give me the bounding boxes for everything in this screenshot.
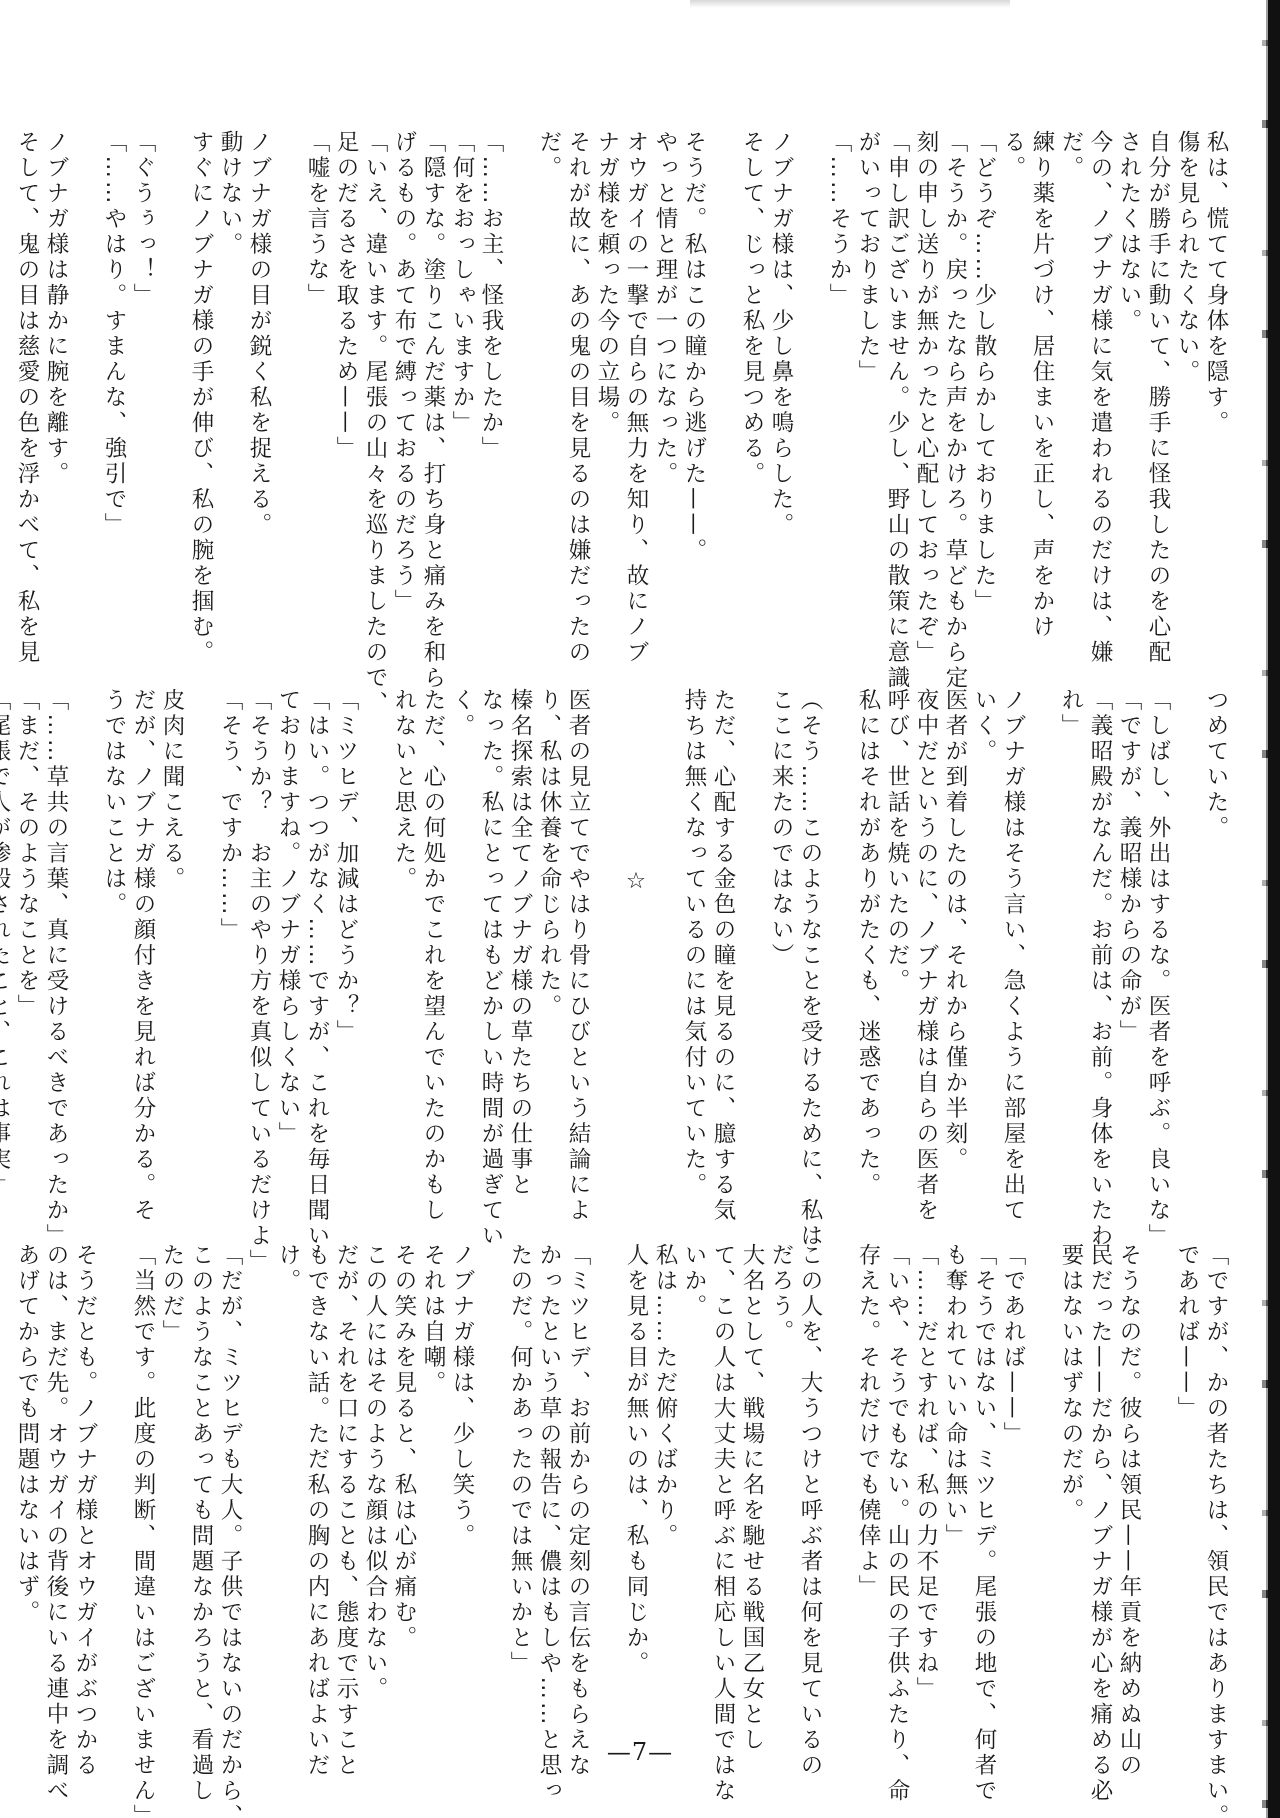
text-line: 「ミツヒデ、加減はどうか？」: [331, 688, 360, 1228]
text-line: がいっておりました」: [853, 130, 882, 670]
text-line: 足のだるさを取るため——」: [331, 130, 360, 670]
text-line: 「……そうか」: [824, 130, 853, 670]
text-line: 「……だとすれば、私の力不足ですね」: [911, 1243, 940, 1713]
paragraph-gap: [476, 1243, 505, 1713]
text-line: 「尾張で人が惨殺されたこと、これは事実」: [0, 688, 12, 1228]
text-line: 「いえ、違います。尾張の山々を巡りましたので、: [360, 130, 389, 670]
text-line: だろう。: [766, 1243, 795, 1713]
text-line: 「嘘を言うな」: [302, 130, 331, 670]
paragraph-gap: [244, 1243, 273, 1713]
paragraph-gap: [186, 688, 215, 1228]
text-line: 「そうか。戻ったなら声をかけろ。草どもから定: [940, 130, 969, 670]
text-band-bottom: 「ですが、かの者たちは、領民ではありますまい。であれば——」そうなのだ。彼らは領…: [70, 1243, 1230, 1713]
text-line: 「ミツヒデ、お前からの定刻の言伝をもらえな: [563, 1243, 592, 1713]
text-line: 医者が到着したのは、それから僅か半刻。: [940, 688, 969, 1228]
text-line: 民だった——だから、ノブナガ様が心を痛める必: [1085, 1243, 1114, 1713]
text-line: ナガ様を頼った今の立場。: [592, 130, 621, 670]
text-line: だ。: [534, 130, 563, 670]
text-line: く。: [447, 688, 476, 1228]
text-line: もできない話。ただ私の胸の内にあればよいだ: [302, 1243, 331, 1713]
text-line: れ」: [1056, 688, 1085, 1228]
text-line: 「……草共の言葉、真に受けるべきであったか」: [41, 688, 70, 1228]
text-line: （そう……このようなことを受けるために、私は: [795, 688, 824, 1228]
text-line: 「何をおっしゃいますか」: [447, 130, 476, 670]
paragraph-gap: [70, 130, 99, 670]
paragraph-gap: [708, 130, 737, 670]
paragraph-gap: [737, 688, 766, 1228]
paragraph-gap: [157, 130, 186, 670]
text-line: 「そう、ですか……」: [215, 688, 244, 1228]
text-line: そして、鬼の目は慈愛の色を浮かべて、私を見: [12, 130, 41, 670]
text-line: 「……お主、怪我をしたか」: [476, 130, 505, 670]
text-line: ノブナガ様はそう言い、急くように部屋を出て: [998, 688, 1027, 1228]
paragraph-gap: [70, 688, 99, 1228]
text-line: 私は、慌てて身体を隠す。: [1201, 130, 1230, 670]
text-line: り、私は休養を命じられた。: [534, 688, 563, 1228]
paragraph-gap: [505, 130, 534, 670]
paragraph-gap: [592, 1243, 621, 1713]
text-line: 「そうではない、ミツヒデ。尾張の地で、何者で: [969, 1243, 998, 1713]
text-line: 「ぐうぅっ！」: [128, 130, 157, 670]
paragraph-gap: [273, 130, 302, 670]
text-line: 自分が勝手に動いて、勝手に怪我したのを心配: [1143, 130, 1172, 670]
text-line: すぐにノブナガ様の手が伸び、私の腕を掴む。: [186, 130, 215, 670]
text-line: 「義昭殿がなんだ。お前は、お前。身体をいたわ: [1085, 688, 1114, 1228]
text-line: げるもの。あて布で縛っておるのだろう」: [389, 130, 418, 670]
text-line: 医者の見立てでやはり骨にひびという結論によ: [563, 688, 592, 1228]
text-line: 「申し訳ございません。少し、野山の散策に意識: [882, 130, 911, 670]
text-line: 刻の申し送りが無かったと心配しておったぞ」: [911, 130, 940, 670]
text-line: 「どうぞ……少し散らかしておりました」: [969, 130, 998, 670]
paragraph-gap: [592, 688, 621, 1228]
paragraph-gap: [824, 1243, 853, 1713]
text-line: ただ、心配する金色の瞳を見るのに、臆する気: [708, 688, 737, 1228]
text-line: 呼び、世話を焼いたのだ。: [882, 688, 911, 1228]
text-line: 動けない。: [215, 130, 244, 670]
text-line: 「……やはり。すまんな、強引で」: [99, 130, 128, 670]
text-line: る。: [998, 130, 1027, 670]
text-line: のは、まだ先。オウガイの背後にいる連中を調べ: [41, 1243, 70, 1713]
page-number: —7—: [0, 1738, 1280, 1766]
text-band-top: 私は、慌てて身体を隠す。傷を見られたくない。自分が勝手に動いて、勝手に怪我したの…: [70, 130, 1230, 670]
text-line: 「ですが、義昭様からの命が」: [1114, 688, 1143, 1228]
text-line: あげてからでも問題はないはず。: [12, 1243, 41, 1713]
text-line: 「まだ、そのようなことを」: [12, 688, 41, 1228]
text-line: 存えた。それだけでも僥倖よ」: [853, 1243, 882, 1713]
text-line: だ。: [1056, 130, 1085, 670]
text-line: やっと情と理が一つになった。: [650, 130, 679, 670]
text-line: であれば——」: [1172, 1243, 1201, 1713]
text-line: この人にはそのような顔は似合わない。: [360, 1243, 389, 1713]
text-line: 夜中だというのに、ノブナガ様は自らの医者を: [911, 688, 940, 1228]
text-band-middle: つめていた。「しばし、外出はするな。医者を呼ぶ。良いな」「ですが、義昭様からの命…: [70, 688, 1230, 1228]
text-line: 「ですが、かの者たちは、領民ではありますまい。: [1201, 1243, 1230, 1713]
text-line: 傷を見られたくない。: [1172, 130, 1201, 670]
text-line: 私にはそれがありがたくも、迷惑であった。: [853, 688, 882, 1228]
text-line: オウガイの一撃で自らの無力を知り、故にノブ: [621, 130, 650, 670]
text-line: 「だが、ミツヒデも大人。子供ではないのだから、: [215, 1243, 244, 1713]
text-line: その笑みを見ると、私は心が痛む。: [389, 1243, 418, 1713]
text-line: ノブナガ様は静かに腕を離す。: [41, 130, 70, 670]
text-line: だが、それを口にすることも、態度で示すこと: [331, 1243, 360, 1713]
text-line: 「隠すな。塗りこんだ薬は、打ち身と痛みを和ら: [418, 130, 447, 670]
text-line: そうだとも。ノブナガ様とオウガイがぶつかる: [70, 1243, 99, 1713]
text-line: も奪われていい命は無い」: [940, 1243, 969, 1713]
text-line: 榛名探索は全てノブナガ様の草たちの仕事と: [505, 688, 534, 1228]
paragraph-gap: [1172, 688, 1201, 1228]
text-line: 人を見る目が無いのは、私も同じか。: [621, 1243, 650, 1713]
page-binding-edge: [1266, 0, 1280, 1818]
paragraph-gap: [1027, 1243, 1056, 1713]
text-line: 今の、ノブナガ様に気を遣われるのだけは、嫌: [1085, 130, 1114, 670]
text-line: たのだ。何かあったのでは無いかと」: [505, 1243, 534, 1713]
text-line: つめていた。: [1201, 688, 1230, 1228]
text-line: 大名として、戦場に名を馳せる戦国乙女とし: [737, 1243, 766, 1713]
paragraph-gap: [650, 688, 679, 1228]
text-line: このようなことあっても問題なかろうと、看過し: [186, 1243, 215, 1713]
text-line: れないと思えた。: [389, 688, 418, 1228]
scan-shadow-top: [690, 0, 1010, 8]
paragraph-gap: [99, 1243, 128, 1713]
text-line: て、この人は大丈夫と呼ぶに相応しい人間ではな: [708, 1243, 737, 1713]
text-line: け。: [273, 1243, 302, 1713]
text-line: 「であれば——」: [998, 1243, 1027, 1713]
text-line: 「はい。つつがなく……ですが、これを毎日聞い: [302, 688, 331, 1228]
paragraph-gap: [795, 130, 824, 670]
text-line: されたくはない。: [1114, 130, 1143, 670]
text-line: それが故に、あの鬼の目を見るのは嫌だったの: [563, 130, 592, 670]
text-line: 「当然です。此度の判断、間違いはございません」: [128, 1243, 157, 1713]
paragraph-gap: [360, 688, 389, 1228]
text-line: なった。私にとってはもどかしい時間が過ぎてい: [476, 688, 505, 1228]
text-line: ただ、心の何処かでこれを望んでいたのかもし: [418, 688, 447, 1228]
text-line: ておりますね。ノブナガ様らしくない」: [273, 688, 302, 1228]
text-line: ここに来たのではない）: [766, 688, 795, 1228]
text-line: だが、ノブナガ様の顔付きを見れば分かる。そ: [128, 688, 157, 1228]
text-line: 練り薬を片づけ、居住まいを正し、声をかけ: [1027, 130, 1056, 670]
text-line: そうだ。私はこの瞳から逃げた——。: [679, 130, 708, 670]
text-line: ノブナガ様は、少し笑う。: [447, 1243, 476, 1713]
text-line: そうなのだ。彼らは領民——年貢を納めぬ山の: [1114, 1243, 1143, 1713]
text-line: うではないことは。: [99, 688, 128, 1228]
text-line: 要はないはずなのだが。: [1056, 1243, 1085, 1713]
paragraph-gap: [1027, 688, 1056, 1228]
text-line: 「しばし、外出はするな。医者を呼ぶ。良いな」: [1143, 688, 1172, 1228]
text-line: かったという草の報告に、儂はもしや……と思っ: [534, 1243, 563, 1713]
text-line: 「そうか？ お主のやり方を真似しているだけよ」: [244, 688, 273, 1228]
text-line: ノブナガ様は、少し鼻を鳴らした。: [766, 130, 795, 670]
text-line: そして、じっと私を見つめる。: [737, 130, 766, 670]
text-line: 皮肉に聞こえる。: [157, 688, 186, 1228]
text-line: ノブナガ様の目が鋭く私を捉える。: [244, 130, 273, 670]
text-line: この人を、大うつけと呼ぶ者は何を見ているの: [795, 1243, 824, 1713]
paragraph-gap: [824, 688, 853, 1228]
text-line: いく。: [969, 688, 998, 1228]
scene-break-star-icon: ☆: [621, 688, 650, 1228]
text-line: それは自嘲。: [418, 1243, 447, 1713]
text-line: 「いや、そうでもない。山の民の子供ふたり、命: [882, 1243, 911, 1713]
text-line: たのだ」: [157, 1243, 186, 1713]
text-line: 持ちは無くなっているのには気付いていた。: [679, 688, 708, 1228]
paragraph-gap: [1143, 1243, 1172, 1713]
text-line: いか。: [679, 1243, 708, 1713]
text-line: 私は……ただ俯くばかり。: [650, 1243, 679, 1713]
